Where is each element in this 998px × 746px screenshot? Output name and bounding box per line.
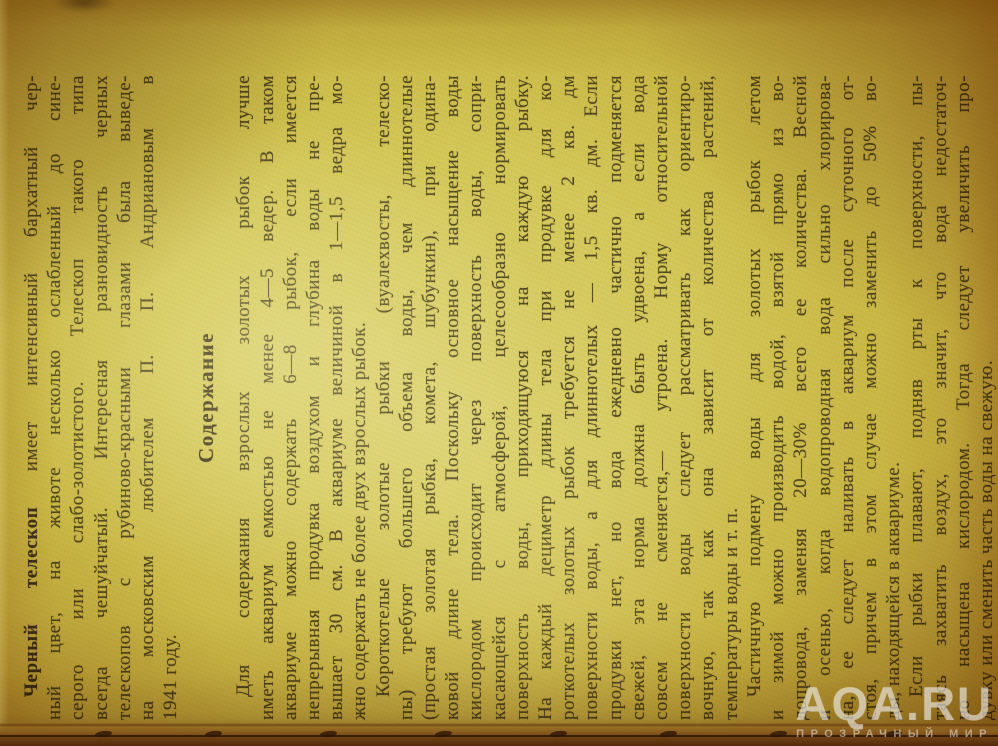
text-line: поверхности воды, а для длиннотелых — 1,…	[580, 75, 603, 720]
text-line: вышает 30 см. В аквариуме величиной в 1—…	[325, 75, 348, 720]
text-line: всегда чешуйчатый. Интересная разновидно…	[90, 75, 113, 720]
text-line: продувки нет, но вода ежедневно частично…	[604, 75, 627, 720]
section-body: Для содержания взрослых золотых рыбок лу…	[232, 75, 998, 720]
text-line: дувку или сменить часть воды на свежую.	[975, 75, 998, 720]
paragraph: Короткотелые золотые рыбки (вуалехвосты,…	[372, 75, 743, 720]
book-page-photo: Черный телескоп имеет интенсивный бархат…	[0, 0, 998, 746]
paragraph: Черный телескоп имеет интенсивный бархат…	[20, 75, 182, 720]
text-line: ный цвет, на животе несколько ослабленны…	[43, 75, 66, 720]
text-line: (простая золотая рыбка, комета, шубункин…	[418, 75, 441, 720]
text-line: поверхности воды следует рассматривать к…	[673, 75, 696, 720]
text-line: температуры воды и т. п.	[720, 75, 743, 720]
text-line: Для содержания взрослых золотых рыбок лу…	[232, 75, 255, 720]
text-line: Короткотелые золотые рыбки (вуалехвосты,…	[372, 75, 395, 720]
text-line: непрерывная продувка воздухом и глубина …	[302, 75, 325, 720]
text-line: вочную, так как она зависит от количеств…	[696, 75, 719, 720]
paragraph: Если рыбки плавают, подняв рты к поверхн…	[905, 75, 998, 720]
text-line: кислородом происходит через поверхность …	[464, 75, 487, 720]
text-line: на московским любителем П. П. Андриановы…	[136, 75, 159, 720]
text-line: Черный телескоп имеет интенсивный бархат…	[20, 75, 43, 720]
text-line: ды, находящейся в аквариуме.	[882, 75, 905, 720]
text-line: серого или слабо-золотистого. Телескоп т…	[66, 75, 89, 720]
paragraph-black-telescope: Черный телескоп имеет интенсивный бархат…	[20, 75, 182, 720]
text-line: но насыщена кислородом. Тогда следует ув…	[952, 75, 975, 720]
page-edge-smudge	[52, 0, 116, 12]
text-line: касающейся с атмосферой, целесообразно н…	[488, 75, 511, 720]
text-line: 1941 году.	[159, 75, 182, 720]
text-line: и зимой можно производить водой, взятой …	[766, 75, 789, 720]
text-line: таясь захватить воздух, это значит, что …	[929, 75, 952, 720]
paragraph: Частичную подмену воды для золотых рыбок…	[743, 75, 905, 720]
text-line: пы) требуют большего объема воды, чем дл…	[395, 75, 418, 720]
text-line: свежей, эта норма должна быть удвоена, а…	[627, 75, 650, 720]
book-page: Черный телескоп имеет интенсивный бархат…	[0, 0, 998, 746]
text-line: допровода, заменяя 20—30% всего ее колич…	[789, 75, 812, 720]
text-line: поверхность воды, приходящуюся на каждую…	[511, 75, 534, 720]
text-line: на, ее следует наливать в аквариум после…	[836, 75, 859, 720]
binding-stitch-line	[0, 735, 998, 737]
text-line: совсем не сменяется,— утроена. Норму отн…	[650, 75, 673, 720]
text-line: стоя, причем в этом случае можно заменит…	[859, 75, 882, 720]
text-line: телескопов с рубиново-красными глазами б…	[113, 75, 136, 720]
page-text-block: Черный телескоп имеет интенсивный бархат…	[20, 75, 998, 720]
text-line: ковой длине тела. Поскольку основное нас…	[441, 75, 464, 720]
text-line: иметь аквариум емкостью не менее 4—5 вед…	[256, 75, 279, 720]
text-line: жно содержать не более двух взрослых рыб…	[348, 75, 371, 720]
paragraph: Для содержания взрослых золотых рыбок лу…	[232, 75, 371, 720]
text-line: роткотелых золотых рыбок требуется не ме…	[557, 75, 580, 720]
text-line: и осенью, когда водопроводная вода сильн…	[813, 75, 836, 720]
section-heading: Содержание	[194, 75, 218, 720]
text-line: Если рыбки плавают, подняв рты к поверхн…	[905, 75, 928, 720]
text-line: аквариуме можно содержать 6—8 рыбок, есл…	[279, 75, 302, 720]
text-line: На каждый дециметр длины тела при продув…	[534, 75, 557, 720]
text-line: Частичную подмену воды для золотых рыбок…	[743, 75, 766, 720]
page-edge-line	[0, 724, 998, 726]
